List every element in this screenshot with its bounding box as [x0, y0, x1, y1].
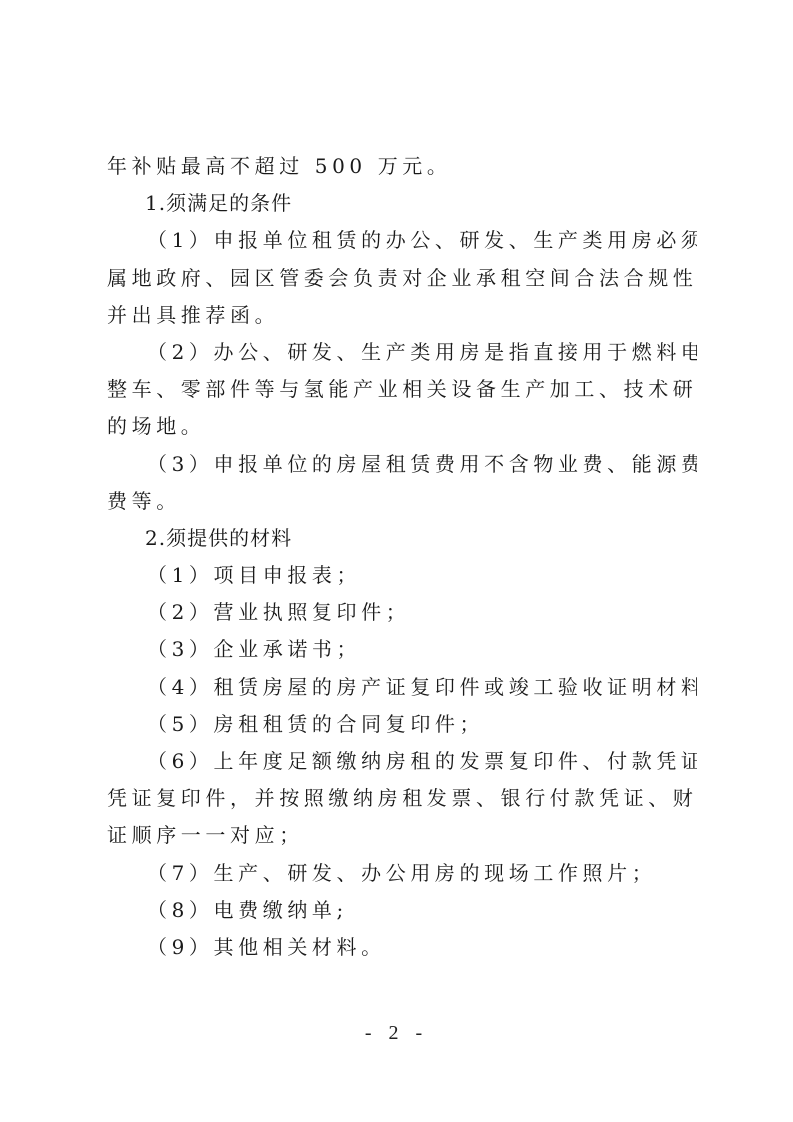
paragraph-line: 的场地。	[107, 408, 697, 445]
condition-item-2: （2）办公、研发、生产类用房是指直接用于燃料电池汽车	[107, 334, 697, 371]
material-item-3: （3）企业承诺书；	[107, 631, 697, 668]
document-body: 年补贴最高不超过 500 万元。 1.须满足的条件 （1）申报单位租赁的办公、研…	[107, 148, 697, 966]
material-item-9: （9）其他相关材料。	[107, 929, 697, 966]
material-item-7: （7）生产、研发、办公用房的现场工作照片；	[107, 855, 697, 892]
document-page: 年补贴最高不超过 500 万元。 1.须满足的条件 （1）申报单位租赁的办公、研…	[0, 0, 793, 1122]
paragraph-line: 并出具推荐函。	[107, 297, 697, 334]
material-item-5: （5）房租租赁的合同复印件；	[107, 706, 697, 743]
paragraph-line: 证顺序一一对应；	[107, 817, 697, 854]
material-item-1: （1）项目申报表；	[107, 557, 697, 594]
paragraph-line: 整车、零部件等与氢能产业相关设备生产加工、技术研发、办公	[107, 371, 697, 408]
page-number: - 2 -	[0, 1022, 793, 1045]
paragraph-line: 年补贴最高不超过 500 万元。	[107, 148, 697, 185]
section-heading-materials: 2.须提供的材料	[107, 520, 697, 557]
section-heading-conditions: 1.须满足的条件	[107, 185, 697, 222]
material-item-8: （8）电费缴纳单;	[107, 892, 697, 929]
condition-item-1: （1）申报单位租赁的办公、研发、生产类用房必须为自用，	[107, 222, 697, 259]
paragraph-line: 凭证复印件，并按照缴纳房租发票、银行付款凭证、财务记账凭	[107, 780, 697, 817]
paragraph-line: 属地政府、园区管委会负责对企业承租空间合法合规性进行审核	[107, 260, 697, 297]
condition-item-3: （3）申报单位的房屋租赁费用不含物业费、能源费、服务	[107, 446, 697, 483]
paragraph-line: 费等。	[107, 483, 697, 520]
material-item-4: （4）租赁房屋的房产证复印件或竣工验收证明材料；	[107, 669, 697, 706]
material-item-2: （2）营业执照复印件；	[107, 594, 697, 631]
material-item-6: （6）上年度足额缴纳房租的发票复印件、付款凭证及记账	[107, 743, 697, 780]
